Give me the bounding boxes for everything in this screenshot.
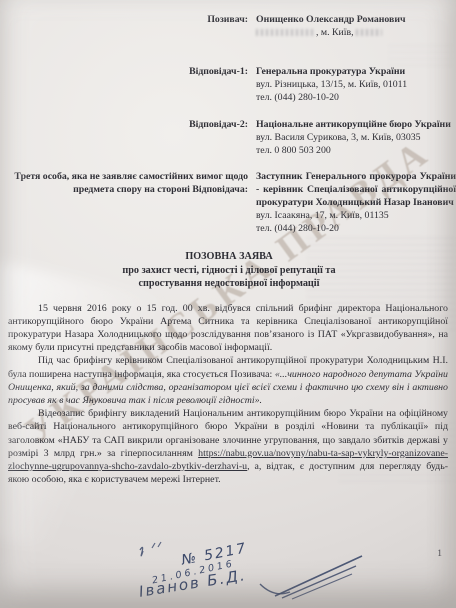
defendant1-row: Відповідач-1: Генеральна прокуратура Укр…	[8, 65, 450, 104]
paragraph-statement: Під час брифінгу керівником Спеціалізова…	[8, 354, 448, 407]
defendant1-name: Генеральна прокуратура України	[256, 65, 456, 78]
document-content: Позивач: Онищенко Олександр Романович , …	[0, 0, 456, 486]
document-subtitle-line1: про захист честі, гідності і ділової реп…	[38, 264, 420, 278]
plaintiff-label: Позивач:	[8, 13, 248, 39]
page-number: 1	[437, 549, 442, 559]
defendant1-phone: тел. (044) 280-10-20	[256, 91, 456, 104]
document-body: 15 червня 2016 року о 15 год. 00 хв. від…	[8, 302, 448, 487]
defendant1-details: Генеральна прокуратура України вул. Різн…	[256, 65, 456, 104]
defendant2-label: Відповідач-2:	[8, 118, 248, 157]
document-subtitle-line2: спростування недостовірної інформації	[38, 277, 420, 291]
defendant2-row: Відповідач-2: Національне антикорупційне…	[8, 118, 450, 157]
plaintiff-name: Онищенко Олександр Романович	[256, 13, 456, 26]
defendant1-label: Відповідач-1:	[8, 65, 248, 104]
defendant2-address: вул. Василя Сурикова, 3, м. Київ, 03035	[256, 131, 456, 144]
third-party-row: Третя особа, яка не заявляє самостійних …	[8, 170, 450, 235]
third-party-phone: тел. (044) 280-10-20	[256, 222, 456, 235]
scanned-lawsuit-page: УКРАЇНСЬКА ПРАВДА Позивач: Онищенко Олек…	[0, 0, 456, 608]
paragraph-briefing: 15 червня 2016 року о 15 год. 00 хв. від…	[8, 302, 448, 355]
redacted-blur	[356, 29, 382, 36]
defendant2-details: Національне антикорупційне бюро України …	[256, 118, 456, 157]
document-title: ПОЗОВНА ЗАЯВА	[38, 250, 420, 264]
defendant1-address: вул. Різницька, 13/15, м. Київ, 01011	[256, 78, 456, 91]
third-party-label: Третя особа, яка не заявляє самостійних …	[8, 170, 248, 235]
plaintiff-details: Онищенко Олександр Романович , м. Київ,	[256, 13, 456, 39]
defendant2-name: Національне антикорупційне бюро України	[256, 118, 456, 131]
plaintiff-address-redacted: , м. Київ,	[256, 26, 456, 39]
defendant2-phone: тел. 0 800 503 200	[256, 144, 456, 157]
third-party-details: Заступник Генерального прокурора України…	[256, 170, 456, 235]
paragraph-video: Відеозапис брифінгу викладений Національ…	[8, 407, 448, 486]
plaintiff-address-visible: , м. Київ,	[316, 27, 354, 38]
third-party-name: Заступник Генерального прокурора України…	[256, 170, 456, 209]
document-title-block: ПОЗОВНА ЗАЯВА про захист честі, гідності…	[38, 250, 420, 291]
third-party-address: вул. Ісаакяна, 17, м. Київ, 01135	[256, 209, 456, 222]
redacted-blur	[256, 29, 314, 36]
plaintiff-row: Позивач: Онищенко Олександр Романович , …	[8, 13, 450, 39]
